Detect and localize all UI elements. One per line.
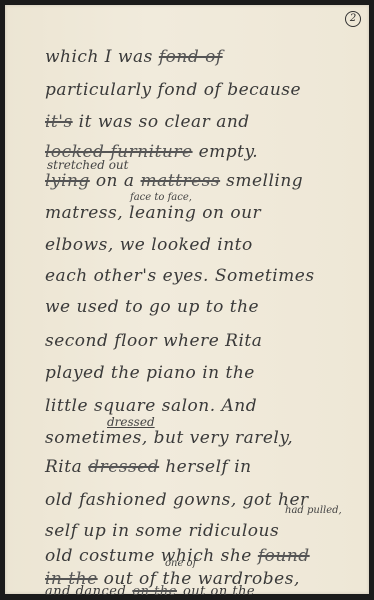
insertion-above: dressed [107,415,155,429]
page-number: 2 [345,11,361,27]
text: it was so clear and [79,112,250,132]
text-line-13: sometimes, but very rarely, [45,428,299,448]
text: each other's eyes. Sometimes [45,266,315,286]
text-line-15: old fashioned gowns, got her [45,490,315,510]
text: particularly fond of because [45,80,301,100]
text-line-2: particularly fond of because [45,80,307,100]
text-line-19: and dancedon theout on the [45,584,261,599]
struck-text: fond of [159,47,223,67]
text: little square salon. And [45,396,257,416]
text-line-3: it'sit was so clear and [45,112,256,132]
text: sometimes, but very rarely, [45,428,293,448]
struck-text: found [258,546,310,566]
text: old costume which she [45,546,252,566]
text-line-7: elbows, we looked into [45,235,259,255]
insertion-above: stretched out [47,158,128,172]
text-line-9: we used to go up to the [45,297,265,317]
struck-text: mattress [141,171,221,191]
text-line-12: little square salon. And [45,396,263,416]
text-line-6: matress, leaning on our [45,203,267,223]
text: self up in some ridiculous [45,521,279,541]
text: out on the [183,584,255,599]
text: smelling [226,171,303,191]
text: empty. [199,142,259,162]
text: played the piano in the [45,363,255,383]
text-line-10: second floor where Rita [45,331,268,351]
struck-text: lying [45,171,90,191]
text: old fashioned gowns, got her [45,490,309,510]
text-line-5: lyingon amattresssmelling [45,171,309,191]
insertion-above: had pulled, [285,505,342,516]
text-line-16: self up in some ridiculous [45,521,285,541]
text-line-14: Ritadressedherself in [45,457,258,477]
struck-text: it's [45,112,73,132]
text: we used to go up to the [45,297,259,317]
insertion-above: face to face, [130,192,192,203]
text: herself in [165,457,251,477]
text: elbows, we looked into [45,235,253,255]
struck-text: dressed [88,457,159,477]
text: Rita [45,457,82,477]
text: which I was [45,47,153,67]
manuscript-page: 2 which I wasfond of particularly fond o… [5,5,369,594]
text: second floor where Rita [45,331,262,351]
insertion-above: one of [165,558,196,569]
text: matress, leaning on our [45,203,261,223]
text-line-11: played the piano in the [45,363,261,383]
text-line-1: which I wasfond of [45,47,229,67]
struck-text: on the [132,584,177,599]
text: and danced [45,584,126,599]
text: on a [96,171,135,191]
text-line-8: each other's eyes. Sometimes [45,266,321,286]
